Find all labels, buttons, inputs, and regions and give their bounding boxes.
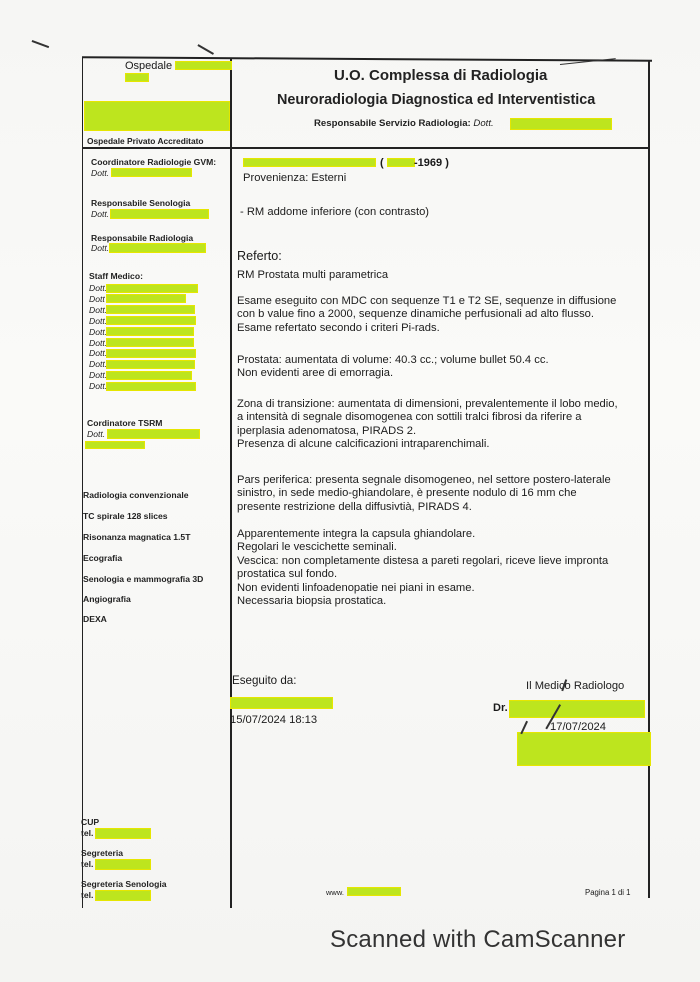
redacted-doctor-stamp (517, 732, 651, 766)
redacted-technician-name (230, 697, 333, 709)
pen-mark (198, 44, 214, 54)
patient-provenance: Provenienza: Esterni (243, 172, 346, 185)
report-exam-title: RM Prostata multi parametrica (237, 269, 388, 282)
staff-prefix: Dott (89, 294, 105, 304)
role-title: Responsabile Radiologia (91, 233, 193, 243)
role-prefix: Dott. (91, 243, 109, 253)
redacted-staff-name (106, 382, 196, 391)
tsrm-prefix: Dott. (87, 429, 105, 439)
redacted-website (347, 887, 401, 896)
contact-prefix: tel. (81, 828, 93, 838)
service-item: Ecografia (83, 553, 122, 563)
role-title: Coordinatore Radiologie GVM: (91, 157, 216, 167)
service-item: Radiologia convenzionale (83, 490, 189, 500)
role-prefix: Dott. (91, 209, 109, 219)
doctor-role: Il Medico Radiologo (526, 680, 624, 693)
camscanner-watermark: Scanned with CamScanner (330, 926, 625, 954)
website-prefix: www. (326, 888, 344, 897)
staff-prefix: Dott. (89, 283, 107, 293)
staff-title: Staff Medico: (89, 271, 143, 281)
redacted-patient-name (243, 158, 376, 167)
service-item: Risonanza magnatica 1.5T (83, 532, 190, 542)
hospital-subtitle: Ospedale Privato Accreditato (87, 136, 204, 146)
redacted-staff-name (106, 316, 196, 325)
redacted-doctor-name (509, 700, 645, 718)
redacted-phone (95, 890, 151, 901)
contact-title: Segreteria (81, 848, 123, 858)
report-paragraph-conclusions: Apparentemente integra la capsula ghiand… (237, 528, 657, 608)
staff-prefix: Dott. (89, 305, 107, 315)
service-item: Senologia e mammografia 3D (83, 574, 203, 584)
responsible-prefix: Dott. (473, 118, 493, 129)
staff-prefix: Dott. (89, 381, 107, 391)
redacted-staff-name (106, 349, 196, 358)
exam-requested: - RM addome inferiore (con contrasto) (240, 206, 429, 219)
service-item: DEXA (83, 614, 107, 624)
redacted-staff-name (106, 305, 195, 314)
header-divider (82, 147, 650, 149)
patient-birth-year: -1969 ) (414, 157, 449, 169)
redacted-responsible-name (510, 118, 612, 130)
page-indicator: Pagina 1 di 1 (585, 888, 631, 897)
tsrm-title: Cordinatore TSRM (87, 418, 162, 428)
contact-title: CUP (81, 817, 99, 827)
scanned-document: Ospedale Ospedale Privato Accreditato U.… (0, 0, 700, 982)
contact-prefix: tel. (81, 890, 93, 900)
staff-prefix: Dott. (89, 338, 107, 348)
responsible-service: Responsabile Servizio Radiologia: Dott. (314, 118, 494, 129)
redacted-role-name (110, 209, 209, 219)
role-title: Responsabile Senologia (91, 198, 190, 208)
redacted-staff-name (106, 294, 186, 303)
redacted-staff-name (106, 371, 192, 380)
redacted-birth-date (387, 158, 415, 167)
redacted-staff-name (106, 327, 194, 336)
redacted-role-name (111, 168, 192, 177)
hospital-label: Ospedale (125, 60, 172, 72)
redacted-phone (95, 828, 151, 839)
patient-birth-open: ( (380, 157, 384, 169)
redacted-role-name (109, 243, 206, 253)
performed-datetime: 15/07/2024 18:13 (230, 714, 317, 727)
contact-title: Segreteria Senologia (81, 879, 167, 889)
redacted-phone (95, 859, 151, 870)
redacted-staff-name (106, 360, 195, 369)
staff-prefix: Dott. (89, 348, 107, 358)
report-paragraph-transition-zone: Zona di transizione: aumentata di dimens… (237, 398, 657, 452)
redacted-tsrm-name-2 (85, 441, 145, 449)
pen-mark (32, 40, 49, 48)
doctor-prefix: Dr. (493, 702, 508, 714)
contact-prefix: tel. (81, 859, 93, 869)
responsible-label: Responsabile Servizio Radiologia: (314, 118, 471, 129)
staff-prefix: Dott. (89, 370, 107, 380)
staff-prefix: Dott. (89, 359, 107, 369)
report-paragraph-technique: Esame eseguito con MDC con sequenze T1 e… (237, 295, 657, 335)
redacted-staff-name (106, 338, 194, 347)
role-prefix: Dott. (91, 168, 109, 178)
performed-by-label: Eseguito da: (232, 674, 296, 687)
report-paragraph-peripheral: Pars periferica: presenta segnale disomo… (237, 474, 657, 514)
redacted-hospital-logo (84, 101, 230, 131)
column-divider (230, 58, 232, 908)
service-item: TC spirale 128 slices (83, 511, 168, 521)
department-subtitle: Neuroradiologia Diagnostica ed Intervent… (277, 92, 595, 108)
redacted-hospital-name (175, 61, 232, 70)
staff-prefix: Dott. (89, 327, 107, 337)
service-item: Angiografia (83, 594, 131, 604)
report-heading: Referto: (237, 249, 282, 263)
department-title: U.O. Complessa di Radiologia (334, 67, 547, 84)
redacted-tsrm-name (107, 429, 200, 439)
redacted-hospital-city (125, 73, 149, 82)
report-paragraph-prostate: Prostata: aumentata di volume: 40.3 cc.;… (237, 354, 657, 381)
redacted-staff-name (106, 284, 198, 293)
staff-prefix: Dott. (89, 316, 107, 326)
